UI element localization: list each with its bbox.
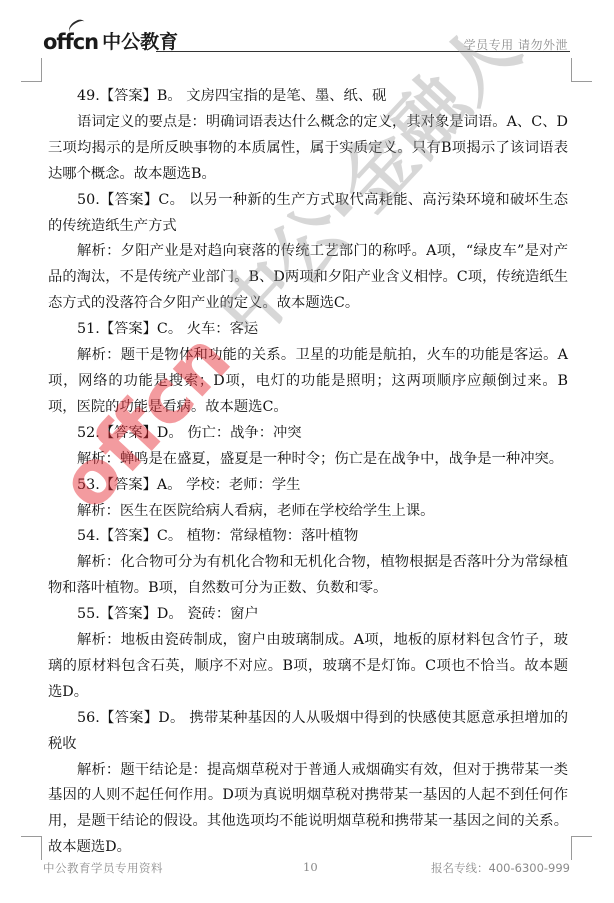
- explanation-55: 解析：地板由瓷砖制成，窗户由玻璃制成。A项，地板的原材料包含竹子，玻璃的原材料包…: [48, 628, 568, 706]
- crop-mark-bottom-left: [21, 836, 42, 860]
- answer-56: 56.【答案】D。 携带某种基因的人从吸烟中得到的快感使其愿意承担增加的税收: [48, 706, 568, 758]
- explanation-53: 解析：医生在医院给病人看病，老师在学校给学生上课。: [48, 499, 568, 525]
- crop-mark-top-right: [571, 58, 592, 82]
- answer-52: 52.【答案】D。 伤亡：战争：冲突: [48, 421, 568, 447]
- answer-49: 49.【答案】B。 文房四宝指的是笔、墨、纸、砚: [48, 84, 568, 110]
- explanation-50: 解析：夕阳产业是对趋向衰落的传统工艺部门的称呼。A项，“绿皮车”是对产品的淘汰，…: [48, 239, 568, 317]
- footer-label: 中公教育学员专用资料: [43, 860, 163, 876]
- registration-hotline: 报名专线：400-6300-999: [431, 860, 570, 876]
- answer-55: 55.【答案】D。 瓷砖：窗户: [48, 602, 568, 628]
- explanation-49: 语词定义的要点是：明确词语表达什么概念的定义，其对象是词语。A、C、D三项均揭示…: [48, 110, 568, 188]
- explanation-51: 解析：题干是物体和功能的关系。卫星的功能是航拍，火车的功能是客运。A项，网络的功…: [48, 343, 568, 421]
- page-number: 10: [303, 860, 318, 874]
- confidential-tag: 学员专用 请勿外泄: [464, 36, 568, 53]
- answer-51: 51.【答案】C。 火车：客运: [48, 317, 568, 343]
- answer-50: 50.【答案】C。 以另一种新的生产方式取代高耗能、高污染环境和破坏生态的传统造…: [48, 188, 568, 240]
- explanation-54: 解析：化合物可分为有机化合物和无机化合物，植物根据是否落叶分为常绿植物和落叶植物…: [48, 550, 568, 602]
- answer-body: 49.【答案】B。 文房四宝指的是笔、墨、纸、砚 语词定义的要点是：明确词语表达…: [48, 84, 568, 861]
- offcn-logo: offcn 中公教育: [43, 27, 178, 53]
- answer-54: 54.【答案】C。 植物：常绿植物：落叶植物: [48, 524, 568, 550]
- page-header: offcn 中公教育 学员专用 请勿外泄: [43, 27, 570, 53]
- crop-mark-top-left: [21, 58, 42, 82]
- explanation-56: 解析：题干结论是：提高烟草税对于普通人戒烟确实有效，但对于携带某一类基因的人则不…: [48, 758, 568, 862]
- page-footer: 中公教育学员专用资料 10 报名专线：400-6300-999: [43, 860, 570, 880]
- explanation-52: 解析：蝉鸣是在盛夏，盛夏是一种时令；伤亡是在战争中，战争是一种冲突。: [48, 447, 568, 473]
- logo-chinese-text: 中公教育: [102, 31, 178, 53]
- crop-mark-bottom-right: [571, 836, 592, 860]
- answer-53: 53.【答案】A。 学校：老师：学生: [48, 473, 568, 499]
